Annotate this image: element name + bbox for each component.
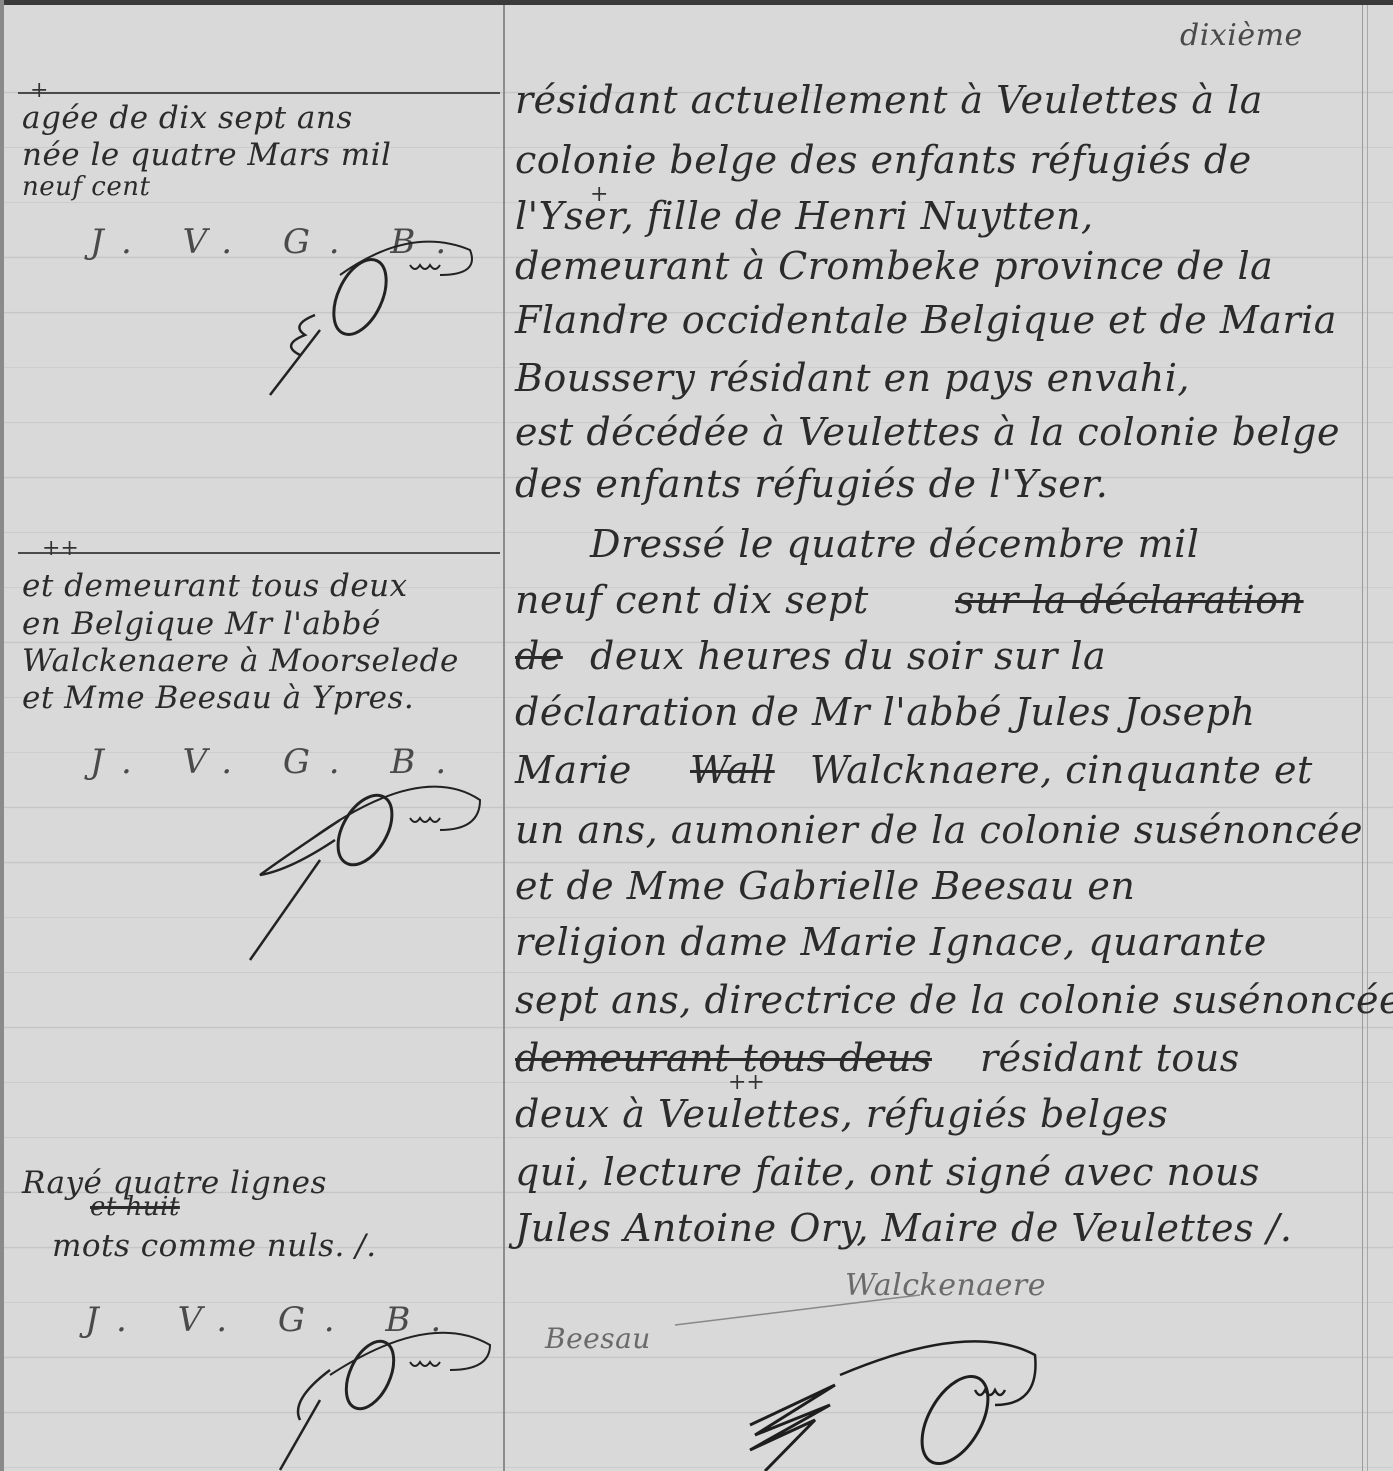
main-line-17: sept ans, directrice de la colonie susén…: [515, 978, 1393, 1022]
main-line-13b: Walcknaere, cinquante et: [810, 748, 1313, 792]
struck-text-line-11: de: [515, 634, 563, 678]
mayor-paraph-1: [260, 235, 490, 405]
main-line-1: résidant actuellement à Veulettes à la: [515, 78, 1263, 122]
margin-note-3-line-3: mots comme nuls. /.: [52, 1228, 377, 1264]
margin-note-2-line-3: Walckenaere à Moorselede: [22, 643, 459, 679]
main-line-6: Boussery résidant en pays envahi,: [515, 356, 1190, 400]
margin-note-2-line-1: et demeurant tous deux: [22, 568, 408, 604]
main-line-21: Jules Antoine Ory, Maire de Veulettes /.: [515, 1206, 1292, 1250]
main-line-12: déclaration de Mr l'abbé Jules Joseph: [515, 690, 1255, 734]
margin-note-1-rule: [18, 92, 500, 94]
margin-note-1-line-3: neuf cent: [22, 172, 150, 202]
page-left-edge: [0, 0, 4, 1471]
main-line-11: deux heures du soir sur la: [590, 634, 1106, 678]
main-line-8: des enfants réfugiés de l'Yser.: [515, 462, 1108, 506]
main-line-18: résidant tous: [980, 1036, 1240, 1080]
main-line-2: colonie belge des enfants réfugiés de: [515, 138, 1252, 182]
main-line-7: est décédée à Veulettes à la colonie bel…: [515, 410, 1340, 454]
main-line-9: Dressé le quatre décembre mil: [590, 522, 1199, 566]
signature-beesau: Beesau: [545, 1322, 651, 1355]
main-line-19: deux à Veulettes, réfugiés belges: [515, 1092, 1168, 1136]
margin-note-1-line-2: née le quatre Mars mil: [22, 137, 391, 173]
page-top-edge: [0, 0, 1393, 5]
page-heading: dixième: [1180, 18, 1303, 53]
main-line-10: neuf cent dix sept: [515, 578, 869, 622]
margin-note-2-line-2: en Belgique Mr l'abbé: [22, 606, 381, 642]
margin-column-divider: [503, 5, 505, 1471]
margin-note-2-rule: [18, 552, 500, 554]
main-line-4: demeurant à Crombeke province de la: [515, 244, 1273, 288]
struck-text-line-10: sur la déclaration: [955, 578, 1304, 622]
margin-note-1-line-1: agée de dix sept ans: [22, 100, 353, 136]
mayor-paraph-3: [260, 1320, 500, 1471]
margin-note-3-struck-line: et huit: [90, 1192, 180, 1222]
main-line-16: religion dame Marie Ignace, quarante: [515, 920, 1267, 964]
signature-underline: [670, 1290, 930, 1330]
main-line-3: l'Yser, fille de Henri Nuytten,: [515, 194, 1094, 238]
margin-note-2-line-4: et Mme Beesau à Ypres.: [22, 680, 414, 716]
insertion-mark-2: ++: [42, 536, 79, 561]
mayor-paraph-2: [240, 770, 490, 970]
right-margin-rule: [1362, 5, 1363, 1471]
signature-mayor: [740, 1335, 1100, 1471]
struck-text-line-13: Wall: [690, 748, 775, 792]
main-line-14: un ans, aumonier de la colonie susénoncé…: [515, 808, 1363, 852]
main-line-5: Flandre occidentale Belgique et de Maria: [515, 298, 1337, 342]
main-line-13a: Marie: [515, 748, 632, 792]
main-line-20: qui, lecture faite, ont signé avec nous: [515, 1150, 1260, 1194]
right-margin-rule-2: [1367, 5, 1368, 1471]
struck-text-line-19: demeurant tous deus: [515, 1036, 932, 1080]
main-line-15: et de Mme Gabrielle Beesau en: [515, 864, 1135, 908]
register-page: dixième + agée de dix sept ans née le qu…: [0, 0, 1393, 1471]
